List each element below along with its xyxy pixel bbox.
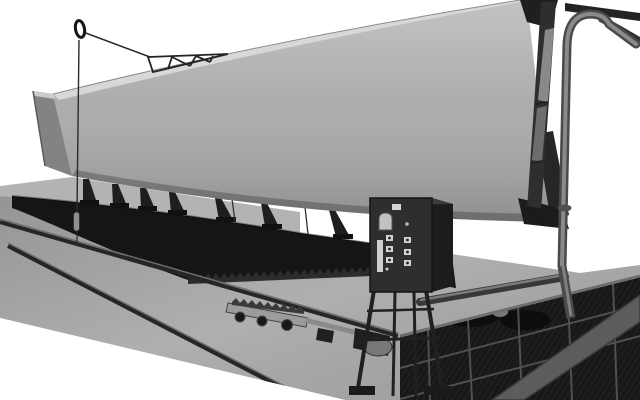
carriage-wheel — [235, 312, 245, 322]
photo-canvas: Monochrome catalogue photograph of a lon… — [0, 0, 640, 400]
photograph: Monochrome catalogue photograph of a lon… — [0, 0, 640, 400]
cabinet-strip — [377, 240, 383, 272]
indicator-light — [405, 222, 409, 226]
indicator-light — [386, 268, 389, 271]
cabinet-label — [392, 204, 401, 210]
pressure-gauge — [379, 213, 392, 230]
cabinet-side — [432, 198, 453, 292]
cabinet-leg — [393, 292, 395, 396]
carriage-wheel — [257, 316, 267, 326]
cabinet-base-plate — [424, 386, 452, 395]
carriage-wheel — [282, 320, 293, 331]
cabinet-leg — [414, 292, 416, 396]
cable-turnbuckle — [74, 212, 80, 231]
cabinet-cross-brace — [362, 338, 440, 340]
cabinet-base-plate — [349, 386, 375, 395]
pipe-flange — [558, 205, 572, 212]
